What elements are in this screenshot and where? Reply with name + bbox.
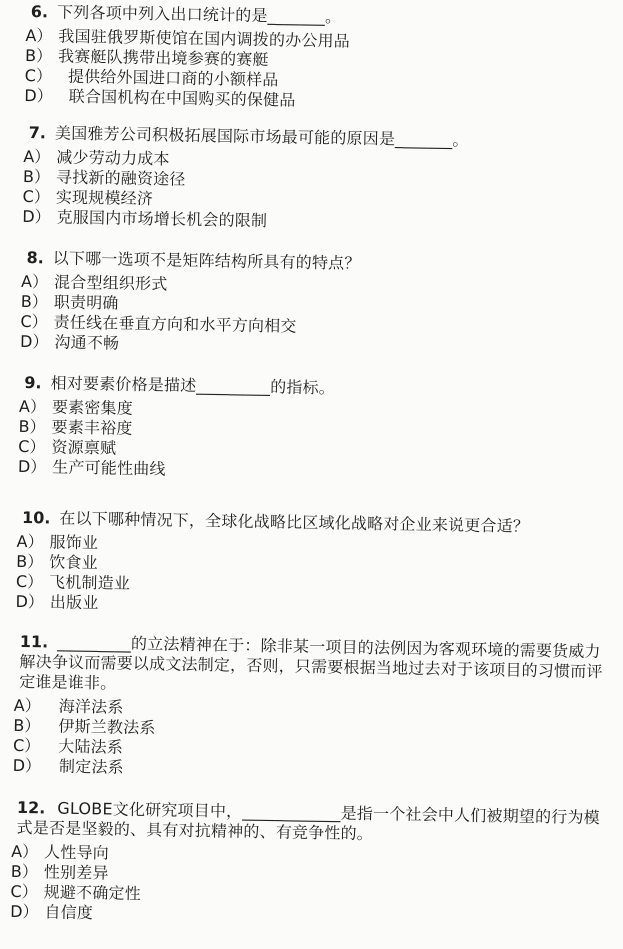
question-7-options: A） 减少劳动力成本 B） 寻找新的融资途径 C） 实现规模经济 D） 克服国内… [22,147,612,237]
option-label: C） [22,187,50,207]
question-7: 7.美国雅芳公司积极拓展国际市场最可能的原因是_______。 A） 减少劳动力… [22,123,613,237]
question-9-options: A） 要素密集度 B） 要素丰裕度 C） 资源禀赋 D） 生产可能性曲线 [18,397,608,487]
question-8: 8.以下哪一选项不是矩阵结构所具有的特点？ A） 混合型组织形式 B） 职责明确… [20,248,611,362]
option-text: 飞机制造业 [49,572,130,593]
option-text: 要素丰裕度 [51,417,132,438]
option-text: 服饰业 [49,532,98,553]
question-text: 以下哪一选项不是矩阵结构所具有的特点？ [53,248,361,272]
question-text: _________的立法精神在于：除非某一项目的法例因为客观环境的需要货威力解决… [19,633,603,693]
option-label: D） [20,332,49,352]
option-text: 海洋法系 [59,697,124,718]
option-text: 要素密集度 [52,397,133,418]
option-text: 职责明确 [54,292,119,313]
option-text: 克服国内市场增长机会的限制 [56,208,267,232]
question-11-stem: 11._________的立法精神在于：除非某一项目的法例因为客观环境的需要货威… [14,632,604,702]
option-label: B） [25,46,52,66]
question-text: 在以下哪种情况下，全球化战略比区域化战略对企业来说更合适？ [59,509,529,536]
question-6: 6.下列各项中列入出口统计的是_______。 A） 我国驻俄罗斯使馆在国内调拨… [24,2,615,116]
option-text: 性别差异 [44,862,109,883]
option-label: A） [16,532,43,552]
option-label: C） [13,736,41,756]
question-number: 6. [31,2,49,21]
option-label: A） [21,272,48,292]
question-8-options: A） 混合型组织形式 B） 职责明确 C） 责任线在垂直方向和水平方向相交 D）… [20,272,610,362]
option-text: 出版业 [50,592,99,613]
question-text: 美国雅芳公司积极拓展国际市场最可能的原因是_______。 [55,123,469,149]
option-text: 混合型组织形式 [54,272,168,294]
question-number: 7. [29,123,47,142]
option-label: B） [23,167,50,187]
option-text: 生产可能性曲线 [52,457,166,479]
option-text: 寻找新的融资途径 [56,168,186,190]
option-label: D） [15,592,44,612]
question-6-options: A） 我国驻俄罗斯使馆在国内调拨的办公用品 B） 我赛艇队携带出境参赛的赛艇 C… [24,26,614,116]
option-label: A） [14,696,41,716]
question-text: 相对要素价格是描述_________的指标。 [50,373,335,397]
option-label: C） [20,312,48,332]
question-10: 10.在以下哪种情况下，全球化战略比区域化战略对企业来说更合适？ A） 服饰业 … [15,508,606,622]
option-label: C） [18,437,46,457]
option-text: 联合国机构在中国购买的保健品 [69,87,296,111]
question-12: 12.GLOBE文化研究项目中，____________是指一个社会中人们被期望… [10,798,601,932]
option-text: 伊斯兰教法系 [58,717,156,739]
question-10-options: A） 服饰业 B） 饮食业 C） 飞机制造业 D） 出版业 [15,532,605,622]
question-text: 下列各项中列入出口统计的是_______。 [57,3,341,27]
question-11: 11._________的立法精神在于：除非某一项目的法例因为客观环境的需要货威… [13,632,604,786]
exam-page: 6.下列各项中列入出口统计的是_______。 A） 我国驻俄罗斯使馆在国内调拨… [0,0,623,932]
option-label: D） [24,86,53,106]
question-number: 10. [22,508,51,527]
option-label: B） [11,862,38,882]
option-text: 自信度 [44,902,93,923]
option-label: C） [25,66,53,86]
option-text: 沟通不畅 [54,333,119,354]
option-label: D） [18,457,47,477]
question-9: 9.相对要素价格是描述_________的指标。 A） 要素密集度 B） 要素丰… [18,373,609,487]
question-11-options: A） 海洋法系 B） 伊斯兰教法系 C） 大陆法系 D） 制定法系 [13,696,603,786]
option-label: A） [11,842,38,862]
option-label: C） [16,572,44,592]
option-label: D） [22,207,51,227]
option-text: 实现规模经济 [56,188,154,210]
option-text: 减少劳动力成本 [56,148,170,170]
question-number: 9. [24,373,42,392]
option-label: A） [25,26,52,46]
option-label: B） [13,716,40,736]
option-text: 规避不确定性 [44,882,142,904]
option-text: 资源禀赋 [51,437,116,458]
question-12-options: A） 人性导向 B） 性别差异 C） 规避不确定性 D） 自信度 [10,842,600,932]
option-label: B） [16,552,43,572]
option-label: C） [10,882,38,902]
option-label: D） [13,756,42,776]
option-label: A） [19,397,46,417]
option-text: 大陆法系 [58,737,123,758]
option-text: 人性导向 [44,842,109,863]
option-text: 饮食业 [49,552,98,573]
option-label: B） [21,292,48,312]
option-label: D） [10,902,39,922]
option-label: A） [23,147,50,167]
question-text: GLOBE文化研究项目中，____________是指一个社会中人们被期望的行为… [16,799,600,844]
option-text: 制定法系 [59,757,124,778]
question-number: 11. [20,632,49,651]
question-number: 8. [26,248,44,267]
question-12-stem: 12.GLOBE文化研究项目中，____________是指一个社会中人们被期望… [11,798,601,848]
question-number: 12. [17,798,46,817]
option-label: B） [18,417,45,437]
